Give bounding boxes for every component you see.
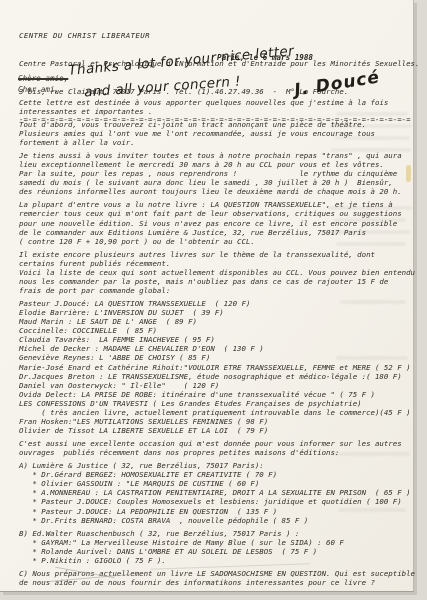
letter-line: Je tiens aussi à vous inviter toutes et … (19, 151, 419, 160)
bleed-through-artifact (330, 124, 412, 128)
letter-para: Il existe encore plusieurs autres livres… (19, 250, 419, 295)
letter-line: Elodie Barrière: L'INVERSION DU SUJET ( … (19, 308, 419, 317)
letter-line: Par la suite, pour les repas , nous repr… (19, 169, 419, 178)
letter-line: * P.Nikitin : GIGOLO ( 75 F ). (19, 556, 419, 565)
bleed-through-artifact (340, 300, 406, 304)
letter-line: C'est aussi une excellente occasion qui … (19, 439, 419, 448)
bleed-through-artifact (336, 242, 406, 246)
bleed-through-artifact (332, 452, 410, 456)
letter-list: Pasteur J.Doucé: LA QUESTION TRANSSEXUEL… (19, 299, 419, 435)
salutation-struck-out: Chère amie, (18, 74, 68, 83)
letter-line: A) Lumière & Justice ( 32, rue Berzélius… (19, 461, 419, 470)
letter-line: Voici la liste de ceux qui sont actuelle… (19, 268, 419, 277)
bleed-through-artifact (328, 206, 412, 210)
letter-line: Coccinelle: COCCINELLE ( 85 F) (19, 326, 419, 335)
letter-line: * Dr.Frits BERNARD: COSTA BRAVA , nouvel… (19, 516, 419, 525)
letter-line: Ovida Delect: LA PRISE DE ROBE: itinérai… (19, 390, 419, 399)
letter-line: ( très ancien livre, actuellement pratiq… (19, 408, 419, 417)
letter-line: Daniel van Oosterwyck: " Il-Elle" ( 120 … (19, 381, 419, 390)
letter-line: Il existe encore plusieurs autres livres… (19, 250, 419, 259)
letter-line: Claudia Tavarès: LA FEMME INACHEVEE ( 95… (19, 335, 419, 344)
letter-section: B) Ed.Walter Ruaschenbusch ( 32, rue Ber… (19, 529, 419, 565)
letter-line: Olivier de Tissot LA LIBERTE SEXUELLE ET… (19, 426, 419, 435)
letter-line: Marie-José Enard et Cathérine Rihoit:"VO… (19, 363, 419, 372)
letter-section: A) Lumière & Justice ( 32, rue Berzélius… (19, 461, 419, 525)
letter-line: * Olivier GASSOUIN : "LE MARQUIS DE CUST… (19, 479, 419, 488)
letter-line: Maud Marin : LE SAUT DE L' ANGE ( 89 F) (19, 317, 419, 326)
letter-line: * GAYRAM:" La Merveilleuse Histoire de M… (19, 538, 419, 547)
letter-line: * A.MONNEREAU : LA CASTRATION PENITENTIA… (19, 488, 419, 497)
letter-line: Dr.Jacques Breton : LE TRANSSEXUELISME, … (19, 372, 419, 381)
bleed-through-artifact (334, 136, 410, 140)
bleed-through-artifact (336, 112, 408, 116)
letter-line: samedi du mois ( le suivant aura donc li… (19, 178, 419, 187)
letter-line: certains furent publiés récemment. (19, 259, 419, 268)
letter-line: Fran Hosken:"LES MUTILATIONS SEXUELLES F… (19, 417, 419, 426)
letter-line: * Rolande Aurivel: DANS L'OMBRE ET AU SO… (19, 547, 419, 556)
letter-page: CENTRE DU CHRIST LIBERATEUR Centre Pasto… (0, 0, 414, 592)
scanned-letter: CENTRE DU CHRIST LIBERATEUR Centre Pasto… (0, 0, 427, 600)
letterhead-org-name: CENTRE DU CHRIST LIBERATEUR (19, 31, 419, 40)
bleed-through-artifact (334, 218, 406, 222)
letter-line: lieu exceptionnellement le mercredi 30 m… (19, 160, 419, 169)
letter-body: Cette lettre est destinée à vous apporte… (19, 98, 419, 591)
letter-line: Cette lettre est destinée à vous apporte… (19, 98, 419, 107)
letter-line: B) Ed.Walter Ruaschenbusch ( 32, rue Ber… (19, 529, 419, 538)
letter-line: des réunions informelles auront toujours… (19, 187, 419, 196)
bleed-through-artifact (331, 148, 411, 152)
salutation: Cher ami, (18, 85, 59, 94)
bleed-through-artifact (336, 356, 408, 360)
letter-line: frais de port par commande global: (19, 286, 419, 295)
letter-line: * Pasteur J.DOUCE: Couples Homosexuels e… (19, 497, 419, 506)
letter-line: Michel de Decker : MADAME LE CHEVALIER D… (19, 344, 419, 353)
letter-line: LES CONFESSIONS D'UN TRAVESTI ( Les Gran… (19, 399, 419, 408)
highlight-mark (406, 165, 411, 182)
bleed-through-artifact (330, 230, 410, 234)
letter-line: nous les commander par la poste, mais n'… (19, 277, 419, 286)
letter-para: Je tiens aussi à vous inviter toutes et … (19, 151, 419, 196)
letter-line: * Dr.Gérard BERGEZ: HOMOSEXUALITE ET CRE… (19, 470, 419, 479)
bleed-through-artifact (338, 508, 406, 512)
